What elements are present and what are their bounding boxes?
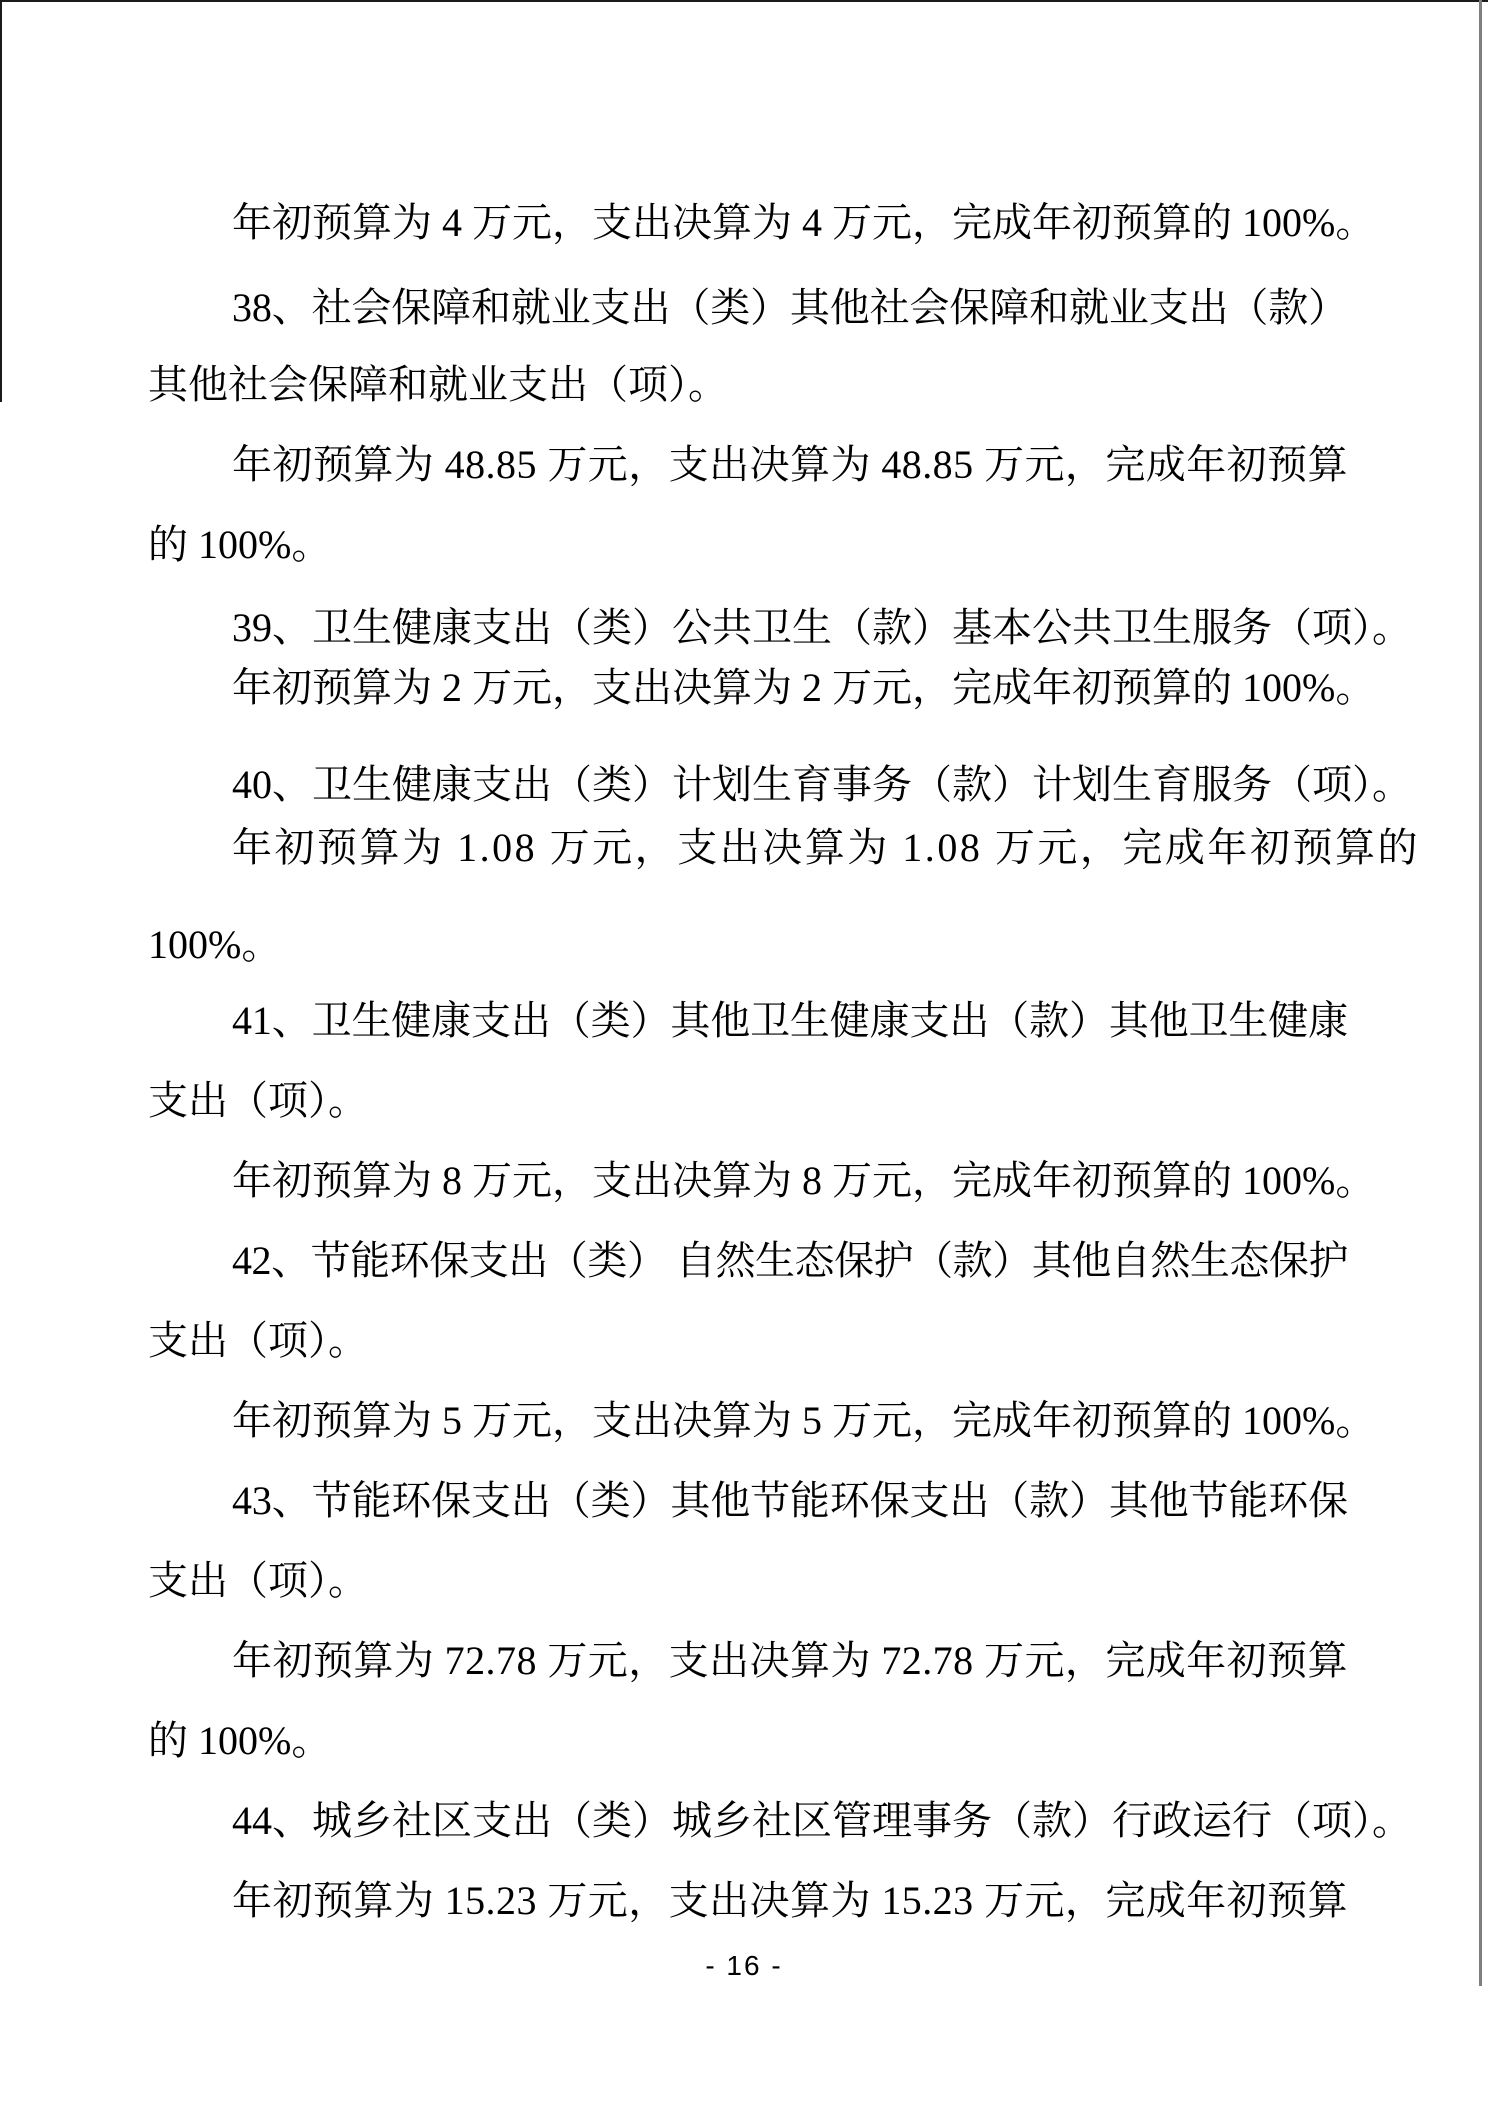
text-line: 支出（项）。 <box>148 1079 368 1123</box>
text-line: 年初预算为 5 万元，支出决算为 5 万元，完成年初预算的 100%。 <box>232 1399 1375 1443</box>
text-line: 年初预算为 8 万元，支出决算为 8 万元，完成年初预算的 100%。 <box>232 1159 1375 1203</box>
text-line: 其他社会保障和就业支出（项）。 <box>148 363 728 407</box>
text-line: 40、卫生健康支出（类）计划生育事务（款）计划生育服务（项）。 <box>232 763 1412 807</box>
text-line: 43、节能环保支出（类）其他节能环保支出（款）其他节能环保 <box>232 1479 1348 1523</box>
page-number: - 16 - <box>0 1950 1488 1982</box>
text-line: 支出（项）。 <box>148 1319 368 1363</box>
text-line: 39、卫生健康支出（类）公共卫生（款）基本公共卫生服务（项）。 <box>232 606 1412 650</box>
text-line: 38、社会保障和就业支出（类）其他社会保障和就业支出（款） <box>232 286 1348 330</box>
text-line: 年初预算为 4 万元，支出决算为 4 万元，完成年初预算的 100%。 <box>232 201 1375 245</box>
text-line: 支出（项）。 <box>148 1559 368 1603</box>
text-line: 42、节能环保支出（类） 自然生态保护（款）其他自然生态保护 <box>232 1239 1348 1283</box>
text-line: 的 100%。 <box>148 1719 331 1763</box>
text-line: 44、城乡社区支出（类）城乡社区管理事务（款）行政运行（项）。 <box>232 1799 1412 1843</box>
text-line: 年初预算为 48.85 万元，支出决算为 48.85 万元，完成年初预算 <box>232 443 1348 487</box>
text-line: 41、卫生健康支出（类）其他卫生健康支出（款）其他卫生健康 <box>232 999 1348 1043</box>
document-body: 年初预算为 4 万元，支出决算为 4 万元，完成年初预算的 100%。38、社会… <box>0 0 1488 2104</box>
text-line: 年初预算为 1.08 万元，支出决算为 1.08 万元，完成年初预算的 <box>232 826 1420 870</box>
text-line: 100%。 <box>148 923 281 967</box>
text-line: 年初预算为 15.23 万元，支出决算为 15.23 万元，完成年初预算 <box>232 1879 1348 1923</box>
text-line: 的 100%。 <box>148 523 331 567</box>
document-page: 年初预算为 4 万元，支出决算为 4 万元，完成年初预算的 100%。38、社会… <box>0 0 1488 2104</box>
text-line: 年初预算为 72.78 万元，支出决算为 72.78 万元，完成年初预算 <box>232 1639 1348 1683</box>
text-line: 年初预算为 2 万元，支出决算为 2 万元，完成年初预算的 100%。 <box>232 666 1375 710</box>
